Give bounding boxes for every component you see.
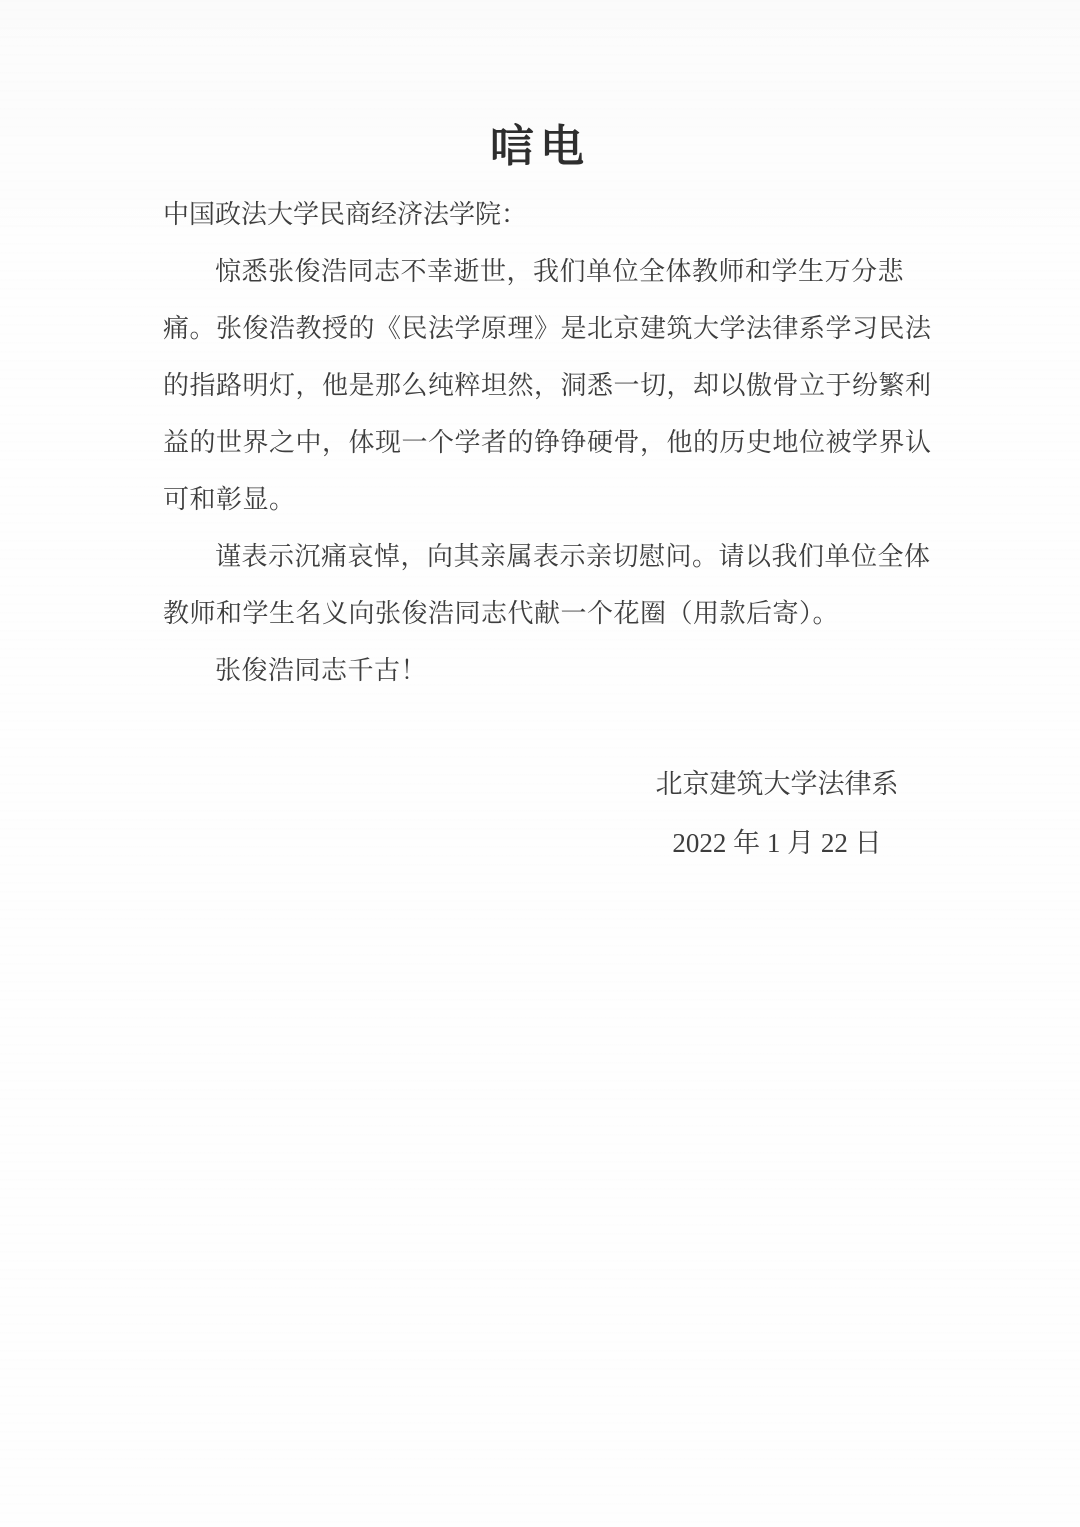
signature-date: 2022 年 1 月 22 日 xyxy=(637,813,917,873)
paragraph-1-line-3: 的指路明灯，他是那么纯粹坦然，洞悉一切，却以傲骨立于纷繁利 xyxy=(163,357,917,414)
paragraph-1-line-1: 惊悉张俊浩同志不幸逝世，我们单位全体教师和学生万分悲 xyxy=(163,243,917,300)
paragraph-1-line-4: 益的世界之中，体现一个学者的铮铮硬骨，他的历史地位被学界认 xyxy=(163,414,917,471)
signature-organization: 北京建筑大学法律系 xyxy=(637,756,917,813)
paragraph-1-line-5: 可和彰显。 xyxy=(163,471,917,528)
paragraph-2-line-2: 教师和学生名义向张俊浩同志代献一个花圈（用款后寄）。 xyxy=(163,585,917,642)
signature-block: 北京建筑大学法律系 2022 年 1 月 22 日 xyxy=(637,756,917,873)
paragraph-2: 谨表示沉痛哀悼，向其亲属表示亲切慰问。请以我们单位全体 教师和学生名义向张俊浩同… xyxy=(163,528,917,642)
paragraph-3-line-1: 张俊浩同志千古！ xyxy=(163,642,917,699)
paragraph-2-line-1: 谨表示沉痛哀悼，向其亲属表示亲切慰问。请以我们单位全体 xyxy=(163,528,917,585)
document-page: 唁电 中国政法大学民商经济法学院： 惊悉张俊浩同志不幸逝世，我们单位全体教师和学… xyxy=(0,0,1080,1527)
document-title: 唁电 xyxy=(163,118,917,176)
paragraph-3: 张俊浩同志千古！ xyxy=(163,642,917,699)
paragraph-1-line-2: 痛。张俊浩教授的《民法学原理》是北京建筑大学法律系学习民法 xyxy=(163,300,917,357)
paragraph-1: 惊悉张俊浩同志不幸逝世，我们单位全体教师和学生万分悲 痛。张俊浩教授的《民法学原… xyxy=(163,243,917,528)
salutation-line: 中国政法大学民商经济法学院： xyxy=(163,186,917,243)
